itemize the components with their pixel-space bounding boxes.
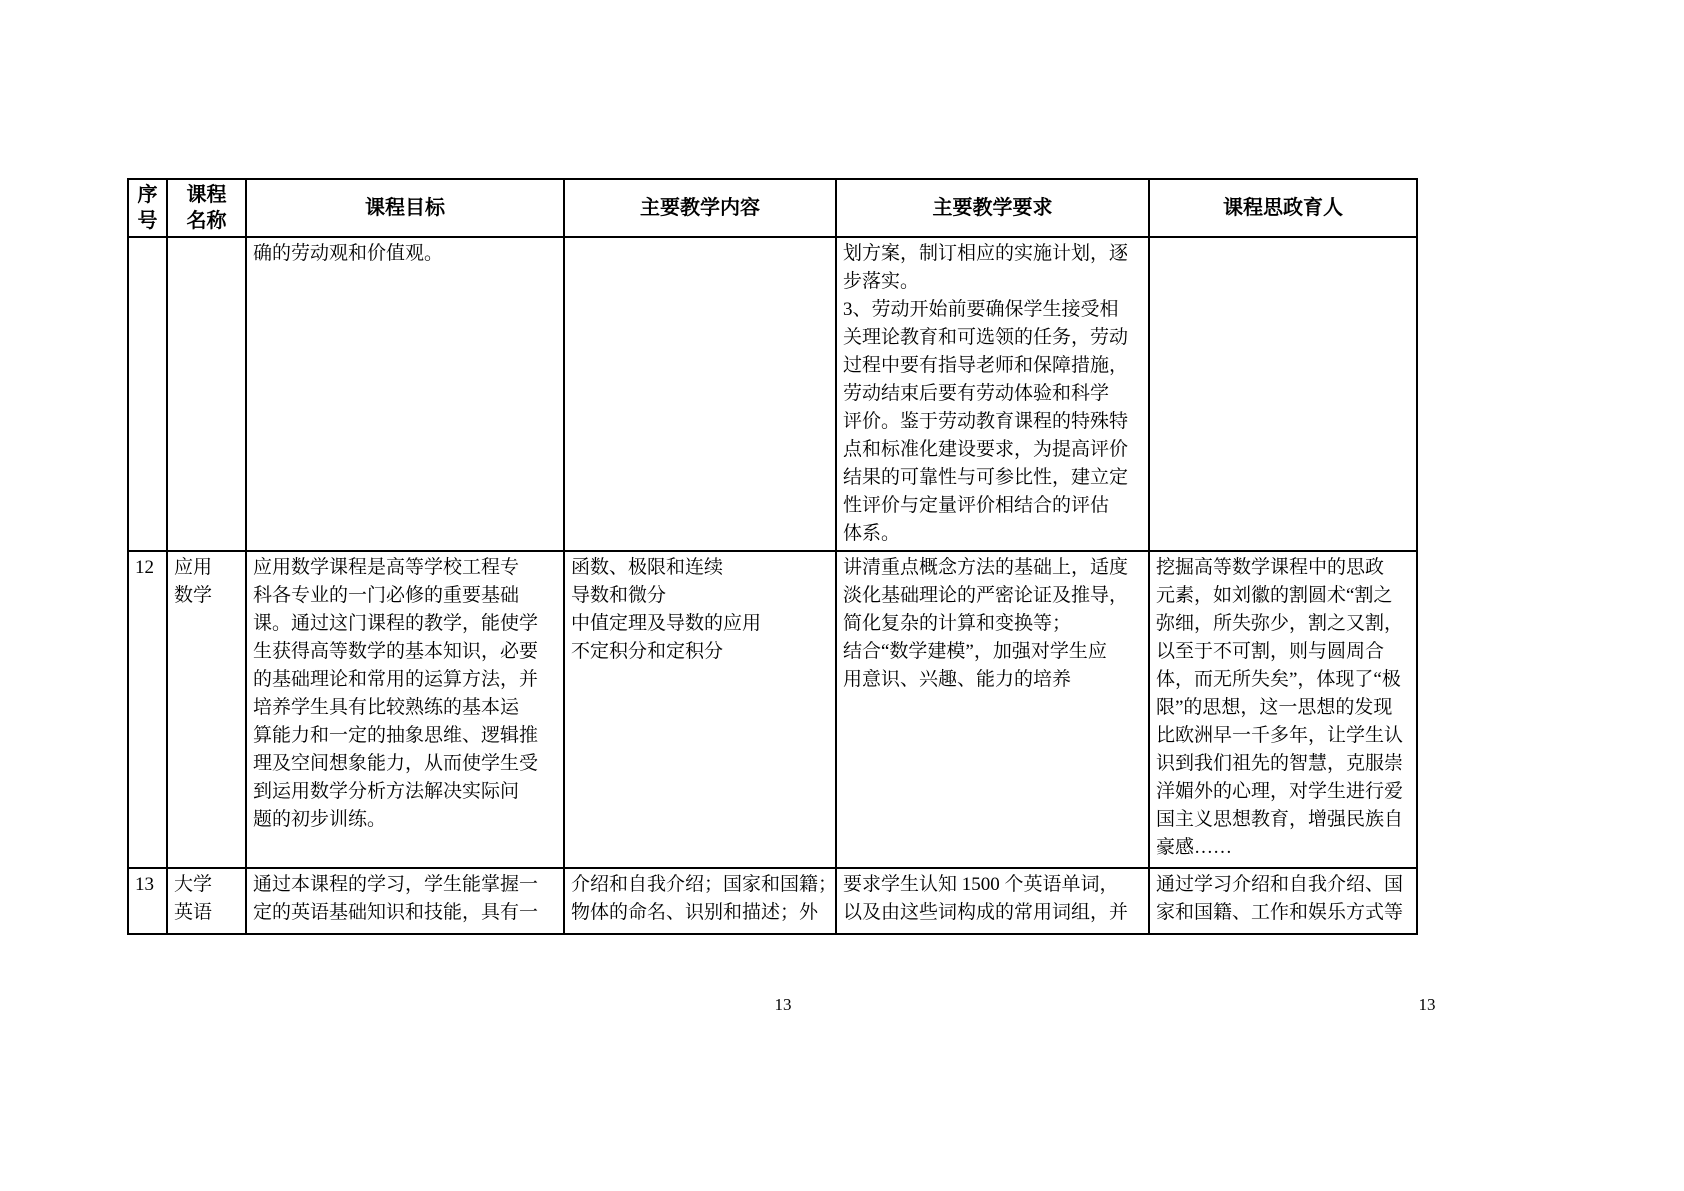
cell-teaching-requirements: 讲清重点概念方法的基础上，适度 淡化基础理论的严密论证及推导， 简化复杂的计算和… [836,551,1149,868]
cell-course-name: 大学 英语 [167,868,246,934]
cell-course-goal: 应用数学课程是高等学校工程专 科各专业的一门必修的重要基础 课。通过这门课程的教… [246,551,564,868]
header-course-goal: 课程目标 [246,179,564,237]
table-row: 确的劳动观和价值观。 划方案，制订相应的实施计划，逐 步落实。 3、劳动开始前要… [128,237,1417,551]
page-number-center: 13 [768,995,798,1015]
header-seq: 序 号 [128,179,167,237]
cell-teaching-content: 介绍和自我介绍；国家和国籍； 物体的命名、识别和描述；外 [564,868,836,934]
cell-seq: 13 [128,868,167,934]
cell-course-name [167,237,246,551]
document-page: 序 号 课程 名称 课程目标 主要教学内容 主要教学要求 课程思政育人 确的劳动… [0,0,1684,1191]
cell-ideology [1149,237,1417,551]
cell-seq [128,237,167,551]
course-table: 序 号 课程 名称 课程目标 主要教学内容 主要教学要求 课程思政育人 确的劳动… [127,178,1418,935]
header-ideology: 课程思政育人 [1149,179,1417,237]
cell-course-goal: 通过本课程的学习，学生能掌握一 定的英语基础知识和技能，具有一 [246,868,564,934]
cell-ideology: 挖掘高等数学课程中的思政 元素，如刘徽的割圆术“割之 弥细，所失弥少，割之又割，… [1149,551,1417,868]
header-course-name: 课程 名称 [167,179,246,237]
table-row: 13 大学 英语 通过本课程的学习，学生能掌握一 定的英语基础知识和技能，具有一… [128,868,1417,934]
cell-course-goal: 确的劳动观和价值观。 [246,237,564,551]
table-header-row: 序 号 课程 名称 课程目标 主要教学内容 主要教学要求 课程思政育人 [128,179,1417,237]
cell-teaching-content: 函数、极限和连续 导数和微分 中值定理及导数的应用 不定积分和定积分 [564,551,836,868]
cell-teaching-requirements: 划方案，制订相应的实施计划，逐 步落实。 3、劳动开始前要确保学生接受相 关理论… [836,237,1149,551]
cell-seq: 12 [128,551,167,868]
cell-teaching-requirements: 要求学生认知 1500 个英语单词， 以及由这些词构成的常用词组，并 [836,868,1149,934]
cell-course-name: 应用 数学 [167,551,246,868]
cell-teaching-content [564,237,836,551]
header-teaching-requirements: 主要教学要求 [836,179,1149,237]
page-number-right: 13 [1412,995,1442,1015]
table-row: 12 应用 数学 应用数学课程是高等学校工程专 科各专业的一门必修的重要基础 课… [128,551,1417,868]
cell-ideology: 通过学习介绍和自我介绍、国 家和国籍、工作和娱乐方式等 [1149,868,1417,934]
header-teaching-content: 主要教学内容 [564,179,836,237]
